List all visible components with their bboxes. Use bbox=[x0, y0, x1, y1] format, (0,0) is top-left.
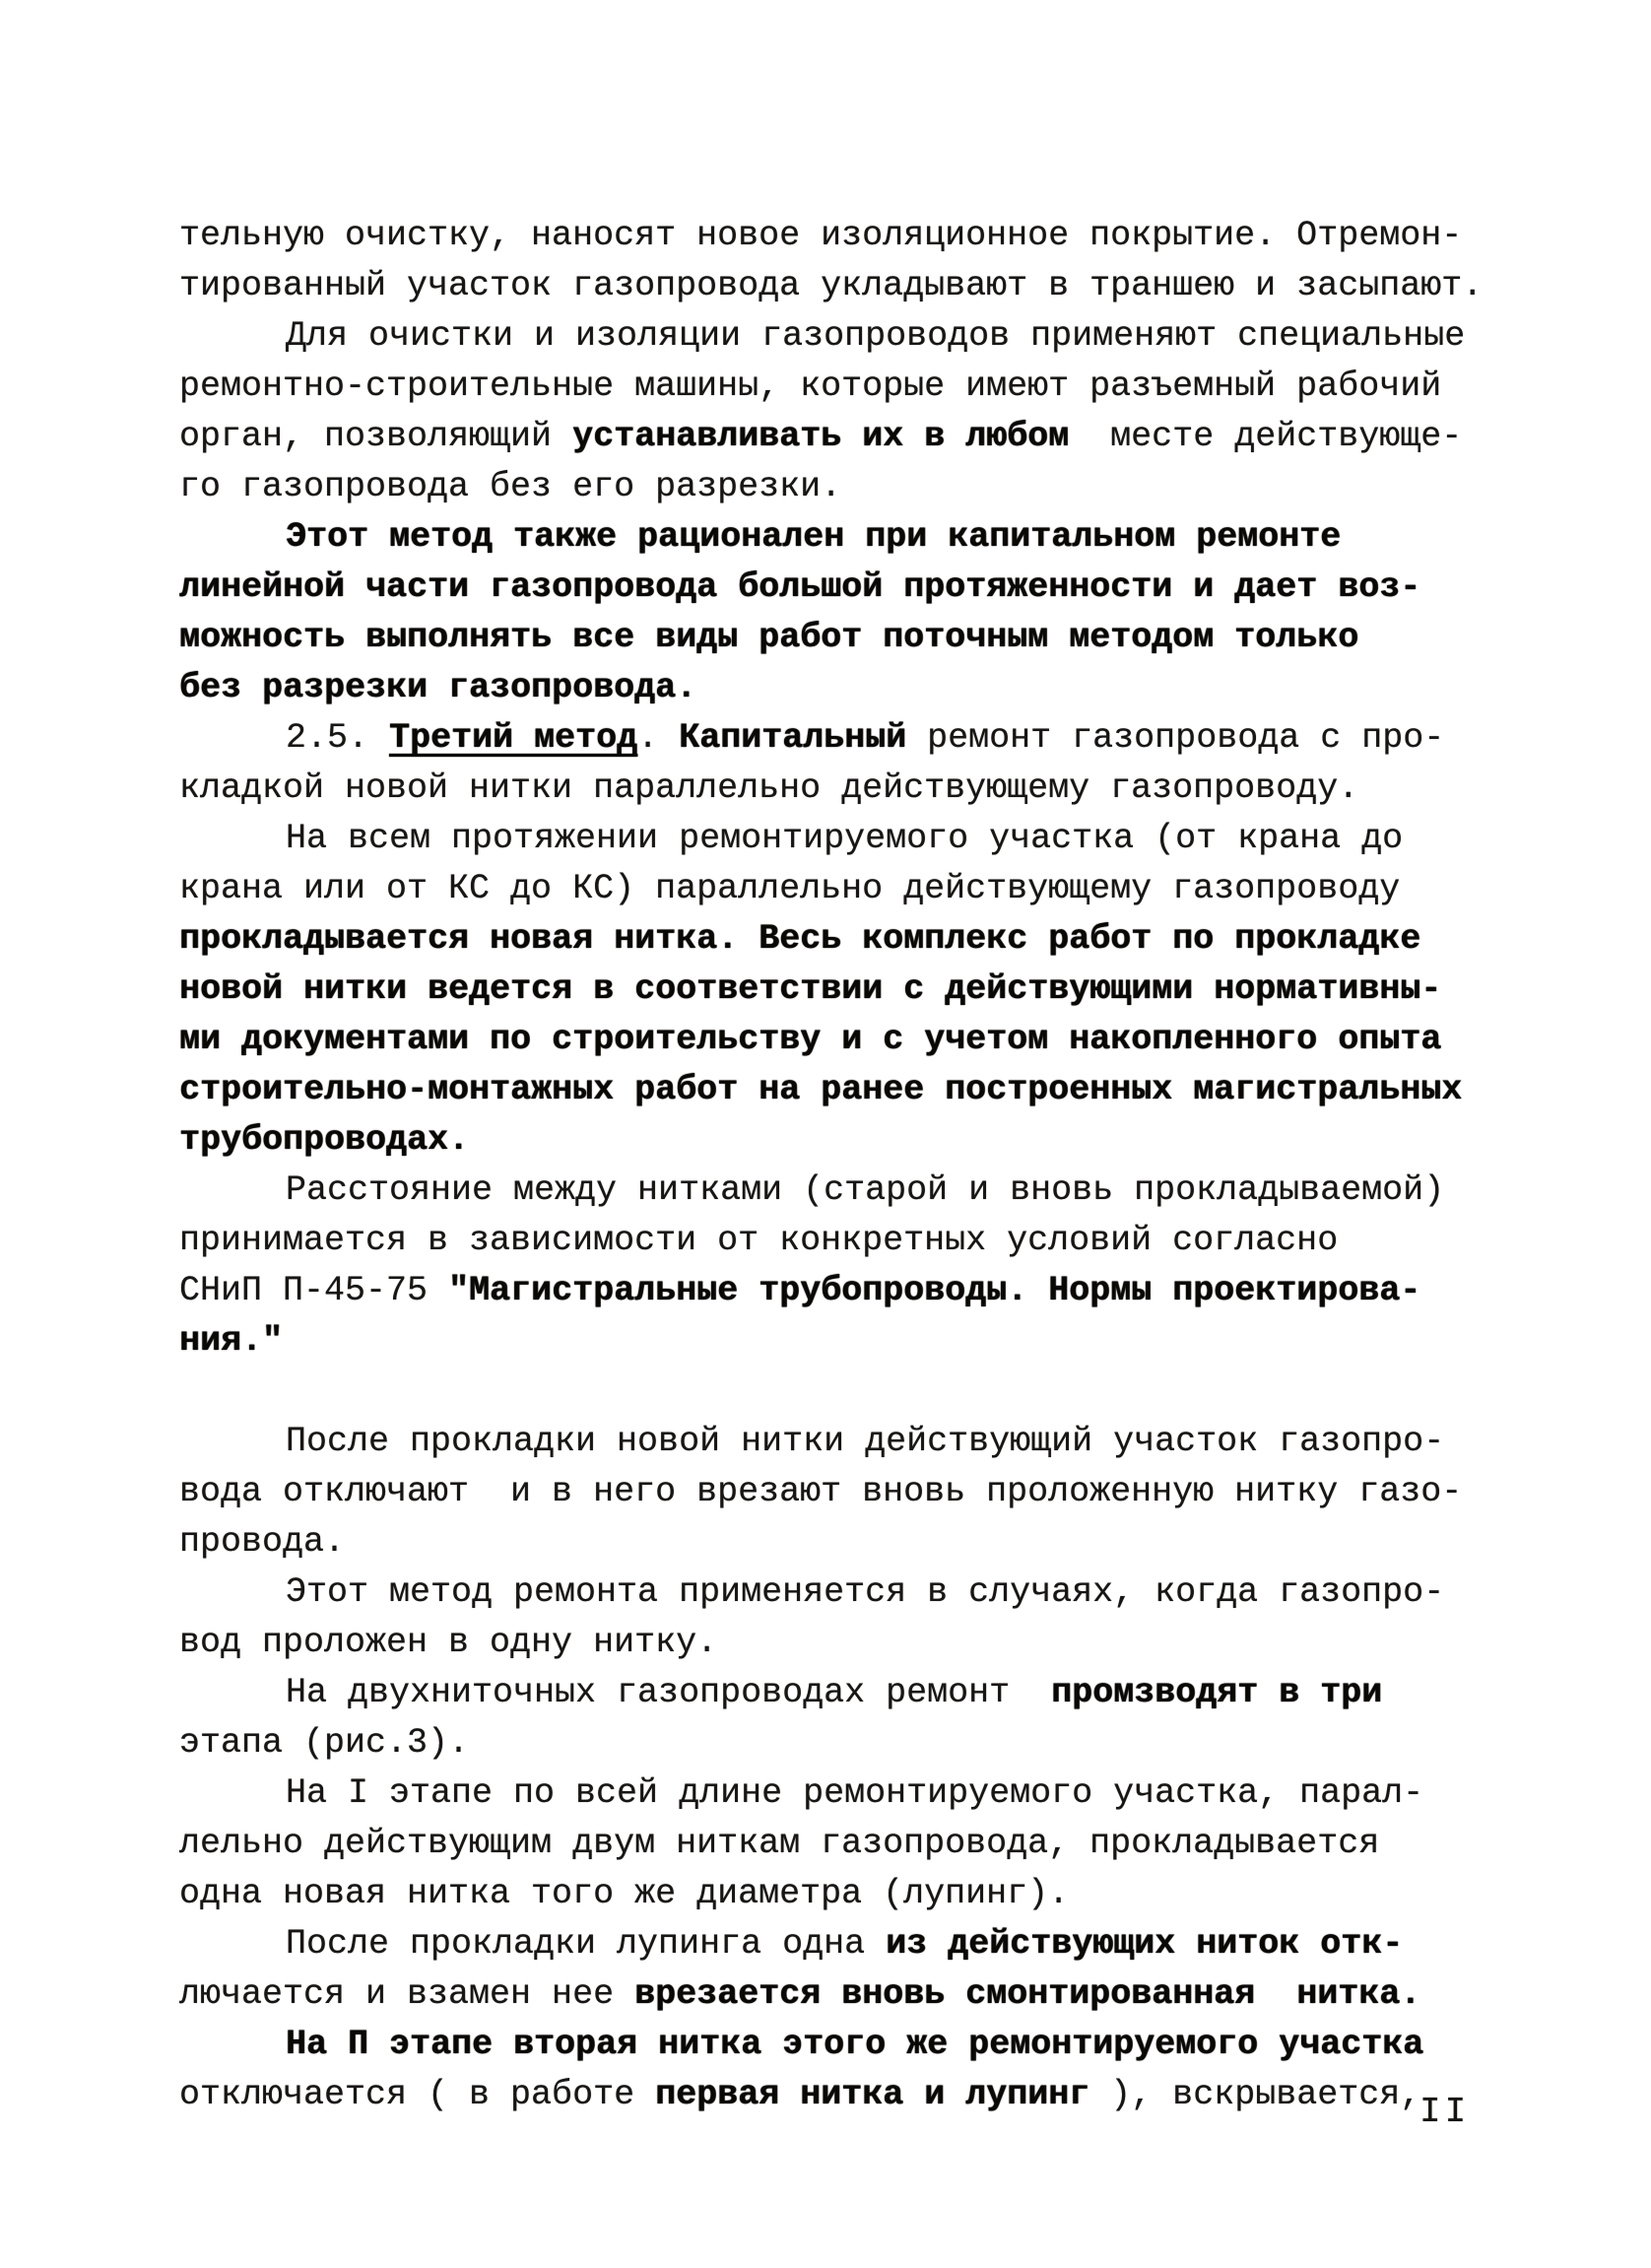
text-segment: После прокладки лупинга одна bbox=[286, 1924, 886, 1964]
text-segment: врезается вновь смонтированная нитка. bbox=[634, 1974, 1420, 2014]
text-line: вода отключают и в него врезают вновь пр… bbox=[179, 1467, 1549, 1517]
text-segment: прокладывается новая нитка. Весь комплек… bbox=[179, 919, 1420, 959]
text-segment: ремонт газопровода с про- bbox=[906, 718, 1444, 758]
text-segment: го газопровода без его разрезки. bbox=[179, 467, 841, 506]
text-line: трубопроводах. bbox=[179, 1115, 1549, 1166]
text-line: ремонтно-строительные машины, которые им… bbox=[179, 362, 1549, 412]
text-line: отключается ( в работе первая нитка и лу… bbox=[179, 2070, 1549, 2120]
text-segment: месте действующе- bbox=[1069, 417, 1462, 456]
text-segment: из действующих ниток отк- bbox=[886, 1924, 1403, 1964]
text-segment: ния." bbox=[179, 1321, 283, 1361]
text-segment: промзводят в три bbox=[1030, 1673, 1382, 1712]
text-segment: орган, позволяющий bbox=[179, 417, 572, 456]
page-number: II bbox=[1420, 2091, 1470, 2134]
text-segment: ), вскрывается, bbox=[1090, 2075, 1420, 2114]
text-segment: линейной части газопровода большой протя… bbox=[179, 567, 1420, 607]
text-segment: этапа (рис.3). bbox=[179, 1723, 469, 1763]
text-line: кладкой новой нитки параллельно действую… bbox=[179, 764, 1549, 814]
text-segment: На I этапе по всей длине ремонтируемого … bbox=[286, 1773, 1423, 1813]
text-line: принимается в зависимости от конкретных … bbox=[179, 1216, 1549, 1266]
text-segment: "Магистральные трубопроводы. Нормы проек… bbox=[448, 1271, 1420, 1310]
text-line: го газопровода без его разрезки. bbox=[179, 462, 1549, 512]
text-line: После прокладки новой нитки действующий … bbox=[179, 1417, 1549, 1467]
text-segment: вода отключают и в него врезают вновь пр… bbox=[179, 1472, 1462, 1511]
text-line: На I этапе по всей длине ремонтируемого … bbox=[179, 1768, 1549, 1819]
text-line: строительно-монтажных работ на ранее пос… bbox=[179, 1065, 1549, 1115]
text-segment: вод проложен в одну нитку. bbox=[179, 1623, 717, 1662]
blank-line bbox=[179, 1367, 1549, 1417]
text-segment: лельно действующим двум ниткам газопрово… bbox=[179, 1824, 1379, 1863]
text-segment: На двухниточных газопроводах ремонт bbox=[286, 1673, 1030, 1712]
text-segment: Расстояние между нитками (старой и вновь… bbox=[286, 1170, 1444, 1210]
text-segment: ремонтно-строительные машины, которые им… bbox=[179, 367, 1441, 406]
text-line: На П этапе вторая нитка этого же ремонти… bbox=[179, 2020, 1549, 2070]
text-line: линейной части газопровода большой протя… bbox=[179, 563, 1549, 613]
text-line: На всем протяжении ремонтируемого участк… bbox=[179, 814, 1549, 864]
text-segment: трубопроводах. bbox=[179, 1120, 469, 1160]
text-segment: тированный участок газопровода укладываю… bbox=[179, 266, 1483, 305]
text-segment: новой нитки ведется в соответствии с дей… bbox=[179, 969, 1441, 1009]
text-segment: устанавливать их в любом bbox=[572, 417, 1069, 456]
text-segment: без разрезки газопровода. bbox=[179, 668, 696, 707]
text-segment: ми документами по строительству и с учет… bbox=[179, 1020, 1441, 1059]
text-segment: крана или от КС до КС) параллельно дейст… bbox=[179, 869, 1400, 908]
text-line: этапа (рис.3). bbox=[179, 1718, 1549, 1768]
text-line: тированный участок газопровода укладываю… bbox=[179, 261, 1549, 311]
text-line: ми документами по строительству и с учет… bbox=[179, 1015, 1549, 1065]
text-line: без разрезки газопровода. bbox=[179, 663, 1549, 713]
text-line: Этот метод также рационален при капиталь… bbox=[179, 512, 1549, 563]
text-segment: лючается и взамен нее bbox=[179, 1974, 634, 2014]
text-segment: принимается в зависимости от конкретных … bbox=[179, 1221, 1338, 1260]
text-segment: Для очистки и изоляции газопроводов прим… bbox=[286, 316, 1465, 356]
text-segment: первая нитка и лупинг bbox=[655, 2075, 1090, 2114]
text-line: Этот метод ремонта применяется в случаях… bbox=[179, 1568, 1549, 1618]
text-segment: На всем протяжении ремонтируемого участк… bbox=[286, 819, 1403, 858]
text-segment: Третий метод bbox=[389, 718, 637, 758]
text-line: тельную очистку, наносят новое изоляцион… bbox=[179, 211, 1549, 261]
text-line: одна новая нитка того же диаметра (лупин… bbox=[179, 1869, 1549, 1919]
text-line: провода. bbox=[179, 1517, 1549, 1568]
text-line: После прокладки лупинга одна из действую… bbox=[179, 1919, 1549, 1969]
text-segment: тельную очистку, наносят новое изоляцион… bbox=[179, 216, 1462, 255]
text-line: ния." bbox=[179, 1316, 1549, 1367]
text-segment: СНиП П-45-75 bbox=[179, 1271, 448, 1310]
text-line: Для очистки и изоляции газопроводов прим… bbox=[179, 311, 1549, 362]
text-segment: одна новая нитка того же диаметра (лупин… bbox=[179, 1874, 1069, 1913]
text-segment: Этот метод также рационален при капиталь… bbox=[286, 517, 1341, 557]
text-segment: На П этапе вторая нитка этого же ремонти… bbox=[286, 2025, 1423, 2064]
text-line: крана или от КС до КС) параллельно дейст… bbox=[179, 864, 1549, 914]
document-text: тельную очистку, наносят новое изоляцион… bbox=[179, 211, 1549, 2120]
text-line: новой нитки ведется в соответствии с дей… bbox=[179, 965, 1549, 1015]
text-segment: отключается ( в работе bbox=[179, 2075, 655, 2114]
text-segment: После прокладки новой нитки действующий … bbox=[286, 1422, 1444, 1461]
text-segment: Капитальный bbox=[679, 718, 906, 758]
text-segment: . bbox=[637, 718, 679, 758]
text-line: вод проложен в одну нитку. bbox=[179, 1618, 1549, 1668]
text-segment: провода. bbox=[179, 1522, 345, 1562]
text-segment: строительно-монтажных работ на ранее пос… bbox=[179, 1070, 1462, 1109]
text-segment: Этот метод ремонта применяется в случаях… bbox=[286, 1572, 1444, 1612]
text-line: СНиП П-45-75 "Магистральные трубопроводы… bbox=[179, 1266, 1549, 1316]
text-line: Расстояние между нитками (старой и вновь… bbox=[179, 1166, 1549, 1216]
text-line: можность выполнять все виды работ поточн… bbox=[179, 613, 1549, 663]
text-line: лючается и взамен нее врезается вновь см… bbox=[179, 1969, 1549, 2020]
scanned-document-page: тельную очистку, наносят новое изоляцион… bbox=[0, 0, 1651, 2268]
text-line: 2.5. Третий метод. Капитальный ремонт га… bbox=[179, 713, 1549, 764]
text-segment: кладкой новой нитки параллельно действую… bbox=[179, 768, 1358, 808]
text-line: прокладывается новая нитка. Весь комплек… bbox=[179, 914, 1549, 965]
text-segment: 2.5. bbox=[286, 718, 389, 758]
text-line: лельно действующим двум ниткам газопрово… bbox=[179, 1819, 1549, 1869]
text-line: На двухниточных газопроводах ремонт пром… bbox=[179, 1668, 1549, 1718]
text-segment: можность выполнять все виды работ поточн… bbox=[179, 618, 1358, 657]
text-line: орган, позволяющий устанавливать их в лю… bbox=[179, 412, 1549, 462]
